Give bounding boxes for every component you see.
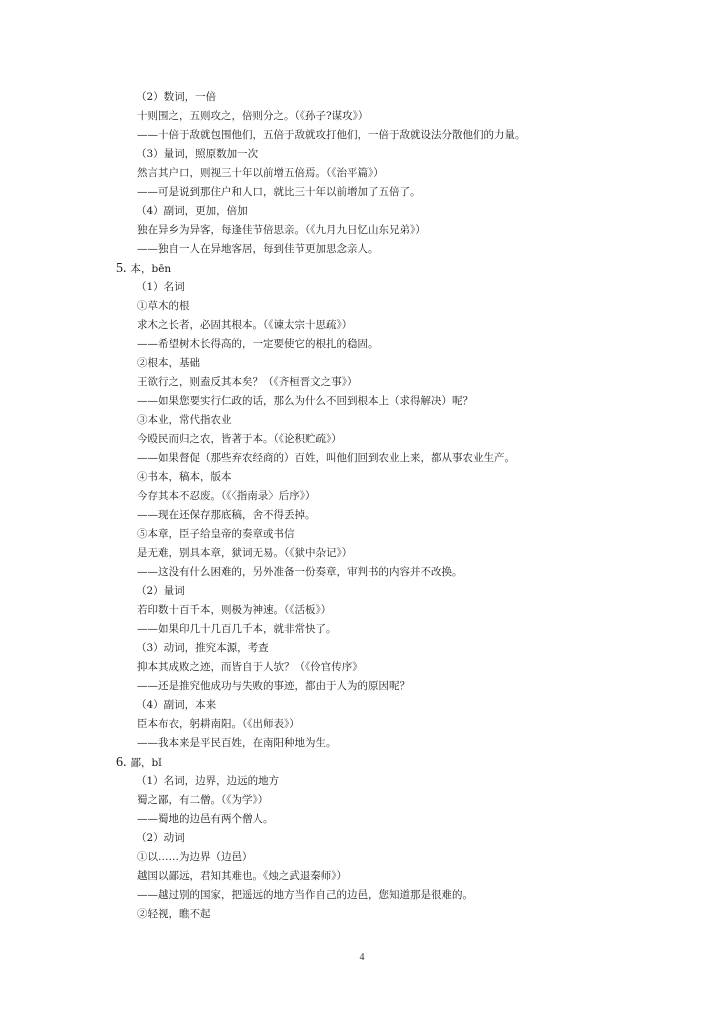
translation-line: ——如果督促（那些弃农经商的）百姓，叫他们回到农业上来，都从事农业生产。 — [137, 449, 515, 468]
text-line: 越国以鄙远，君知其难也。《烛之武退秦师》） — [137, 867, 347, 886]
translation-line: ——我本来是平民百姓，在南阳种地为生。 — [137, 734, 337, 753]
text-line: 求木之长者，必固其根本。（《谏太宗十思疏》） — [137, 316, 352, 335]
sense-heading: （2）数词，一倍 — [136, 88, 216, 107]
text-line: ⑤本章，臣子给皇帝的奏章或书信 — [137, 525, 295, 544]
sense-heading: （1）名词，边界，边远的地方 — [136, 772, 279, 791]
text-line: 独在异乡为异客，每逢佳节倍思亲。（《九月九日忆山东兄弟》） — [137, 221, 426, 240]
sense-heading: （4）副词，更加，倍加 — [136, 202, 248, 221]
text-line: ③本业，常代指农业 — [137, 411, 232, 430]
sense-heading: （1）名词 — [136, 278, 185, 297]
sense-heading: （2）量词 — [136, 582, 185, 601]
sense-heading: （2）动词 — [136, 829, 185, 848]
sense-heading: （3）动词，推究本源，考查 — [136, 639, 269, 658]
document-page: （2）数词，一倍十则围之，五则攻之，倍则分之。（《孙子?谋攻》）——十倍于敌就包… — [0, 0, 724, 1024]
translation-line: ——可是说到那住户和人口，就比三十年以前增加了五倍了。 — [137, 183, 421, 202]
sense-heading: （4）副词，本来 — [136, 696, 216, 715]
translation-line: ——现在还保存那底稿，舍不得丢掉。 — [137, 506, 316, 525]
translation-line: ——十倍于敌就包围他们，五倍于敌就攻打他们，一倍于敌就设法分散他们的力量。 — [137, 126, 526, 145]
text-line: 十则围之，五则攻之，倍则分之。（《孙子?谋攻》） — [137, 107, 368, 126]
sense-heading: （3）量词，照原数加一次 — [136, 145, 258, 164]
translation-line: ——还是推究他成功与失败的事迹，都由于人为的原因呢？ — [137, 677, 410, 696]
text-line: 今殴民而归之农，皆著于本。（《论积贮疏》） — [137, 430, 342, 449]
text-line: 然言其户口，则视三十年以前增五倍焉。（《治平篇》） — [137, 164, 384, 183]
entry-heading: 6.鄙，bǐ — [116, 753, 162, 772]
text-line: 臣本布衣，躬耕南阳。（《出师表》） — [137, 715, 300, 734]
entry-number: 6. — [116, 755, 127, 770]
translation-line: ——这没有什么困难的，另外准备一份奏章，审判书的内容并不改换。 — [137, 563, 463, 582]
translation-line: ——蜀地的边邑有两个僧人。 — [137, 810, 274, 829]
translation-line: ——独自一人在异地客居，每到佳节更加思念亲人。 — [137, 240, 379, 259]
entry-word: 本，bēn — [131, 263, 172, 275]
text-line: 抑本其成败之迹，而皆自于人欤？（《伶官传序》 — [137, 658, 363, 677]
text-line: 蜀之鄙，有二僧。（《为学》） — [137, 791, 268, 810]
text-line: 今存其本不忍废。（《〈指南录〉后序》） — [137, 487, 316, 506]
text-line: 是无难，别具本章，狱词无易。（《狱中杂记》） — [137, 544, 352, 563]
text-line: 王欲行之，则盍反其本矣？（《齐桓晋文之事》） — [137, 373, 358, 392]
text-line: 若印数十百千本，则极为神速。（《活板》） — [137, 601, 331, 620]
translation-line: ——希望树木长得高的，一定要使它的根扎的稳固。 — [137, 335, 379, 354]
text-line: ②根本，基础 — [137, 354, 200, 373]
entry-word: 鄙，bǐ — [131, 757, 162, 769]
text-line: ④书本，稿本，版本 — [137, 468, 232, 487]
page-number: 4 — [0, 952, 724, 963]
entry-number: 5. — [116, 261, 127, 276]
translation-line: ——如果您要实行仁政的话，那么为什么不回到根本上（求得解决）呢？ — [137, 392, 473, 411]
text-line: ①以……为边界（边邑） — [137, 848, 253, 867]
translation-line: ——如果印几十几百几千本，就非常快了。 — [137, 620, 337, 639]
translation-line: ——越过别的国家，把遥远的地方当作自己的边邑，您知道那是很难的。 — [137, 886, 473, 905]
text-line: ②轻视，瞧不起 — [137, 905, 211, 924]
entry-heading: 5.本，bēn — [116, 259, 171, 278]
text-line: ①草木的根 — [137, 297, 190, 316]
